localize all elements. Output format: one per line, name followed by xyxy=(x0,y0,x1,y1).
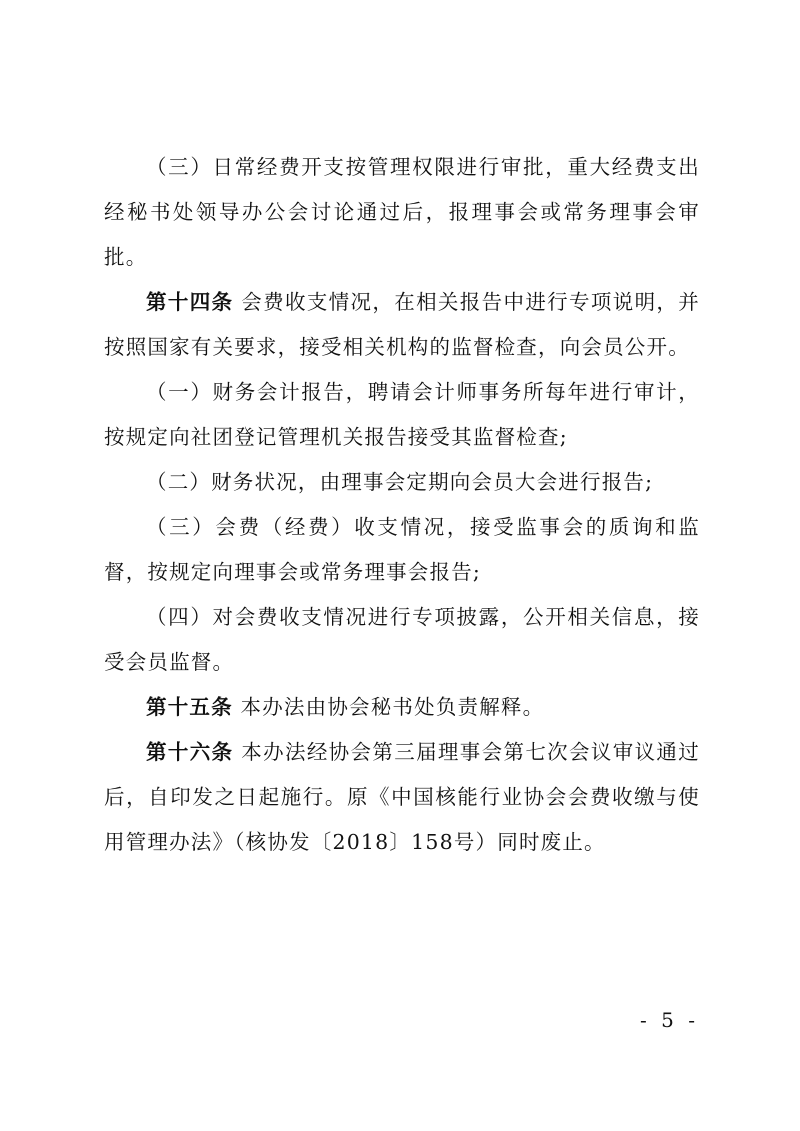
paragraph-text: （三）会费（经费）收支情况，接受监事会的质询和监督，按规定向理事会或常务理事会报… xyxy=(104,515,700,584)
paragraph-text: （一）财务会计报告，聘请会计师事务所每年进行审计，按规定向社团登记管理机关报告接… xyxy=(104,380,700,449)
article-heading: 第十四条 xyxy=(146,290,233,314)
paragraph-item-2: （二）财务状况，由理事会定期向会员大会进行报告; xyxy=(104,460,700,505)
article-heading: 第十五条 xyxy=(146,695,233,719)
paragraph-item-3: （三）日常经费开支按管理权限进行审批，重大经费支出经秘书处领导办公会讨论通过后，… xyxy=(104,145,700,280)
paragraph-item-4: （四）对会费收支情况进行专项披露，公开相关信息，接受会员监督。 xyxy=(104,595,700,685)
paragraph-text: （三）日常经费开支按管理权限进行审批，重大经费支出经秘书处领导办公会讨论通过后，… xyxy=(104,155,700,269)
article-15: 第十五条 本办法由协会秘书处负责解释。 xyxy=(104,685,700,730)
paragraph-text: （四）对会费收支情况进行专项披露，公开相关信息，接受会员监督。 xyxy=(104,605,700,674)
paragraph-item-1: （一）财务会计报告，聘请会计师事务所每年进行审计，按规定向社团登记管理机关报告接… xyxy=(104,370,700,460)
paragraph-text: 本办法由协会秘书处负责解释。 xyxy=(233,695,545,719)
paragraph-text: （二）财务状况，由理事会定期向会员大会进行报告; xyxy=(146,470,653,494)
paragraph-item-3b: （三）会费（经费）收支情况，接受监事会的质询和监督，按规定向理事会或常务理事会报… xyxy=(104,505,700,595)
document-body: （三）日常经费开支按管理权限进行审批，重大经费支出经秘书处领导办公会讨论通过后，… xyxy=(104,145,700,865)
article-16: 第十六条 本办法经协会第三届理事会第七次会议审议通过后，自印发之日起施行。原《中… xyxy=(104,730,700,865)
article-heading: 第十六条 xyxy=(146,740,233,764)
page-number: - 5 - xyxy=(640,1008,699,1032)
article-14: 第十四条 会费收支情况，在相关报告中进行专项说明，并按照国家有关要求，接受相关机… xyxy=(104,280,700,370)
